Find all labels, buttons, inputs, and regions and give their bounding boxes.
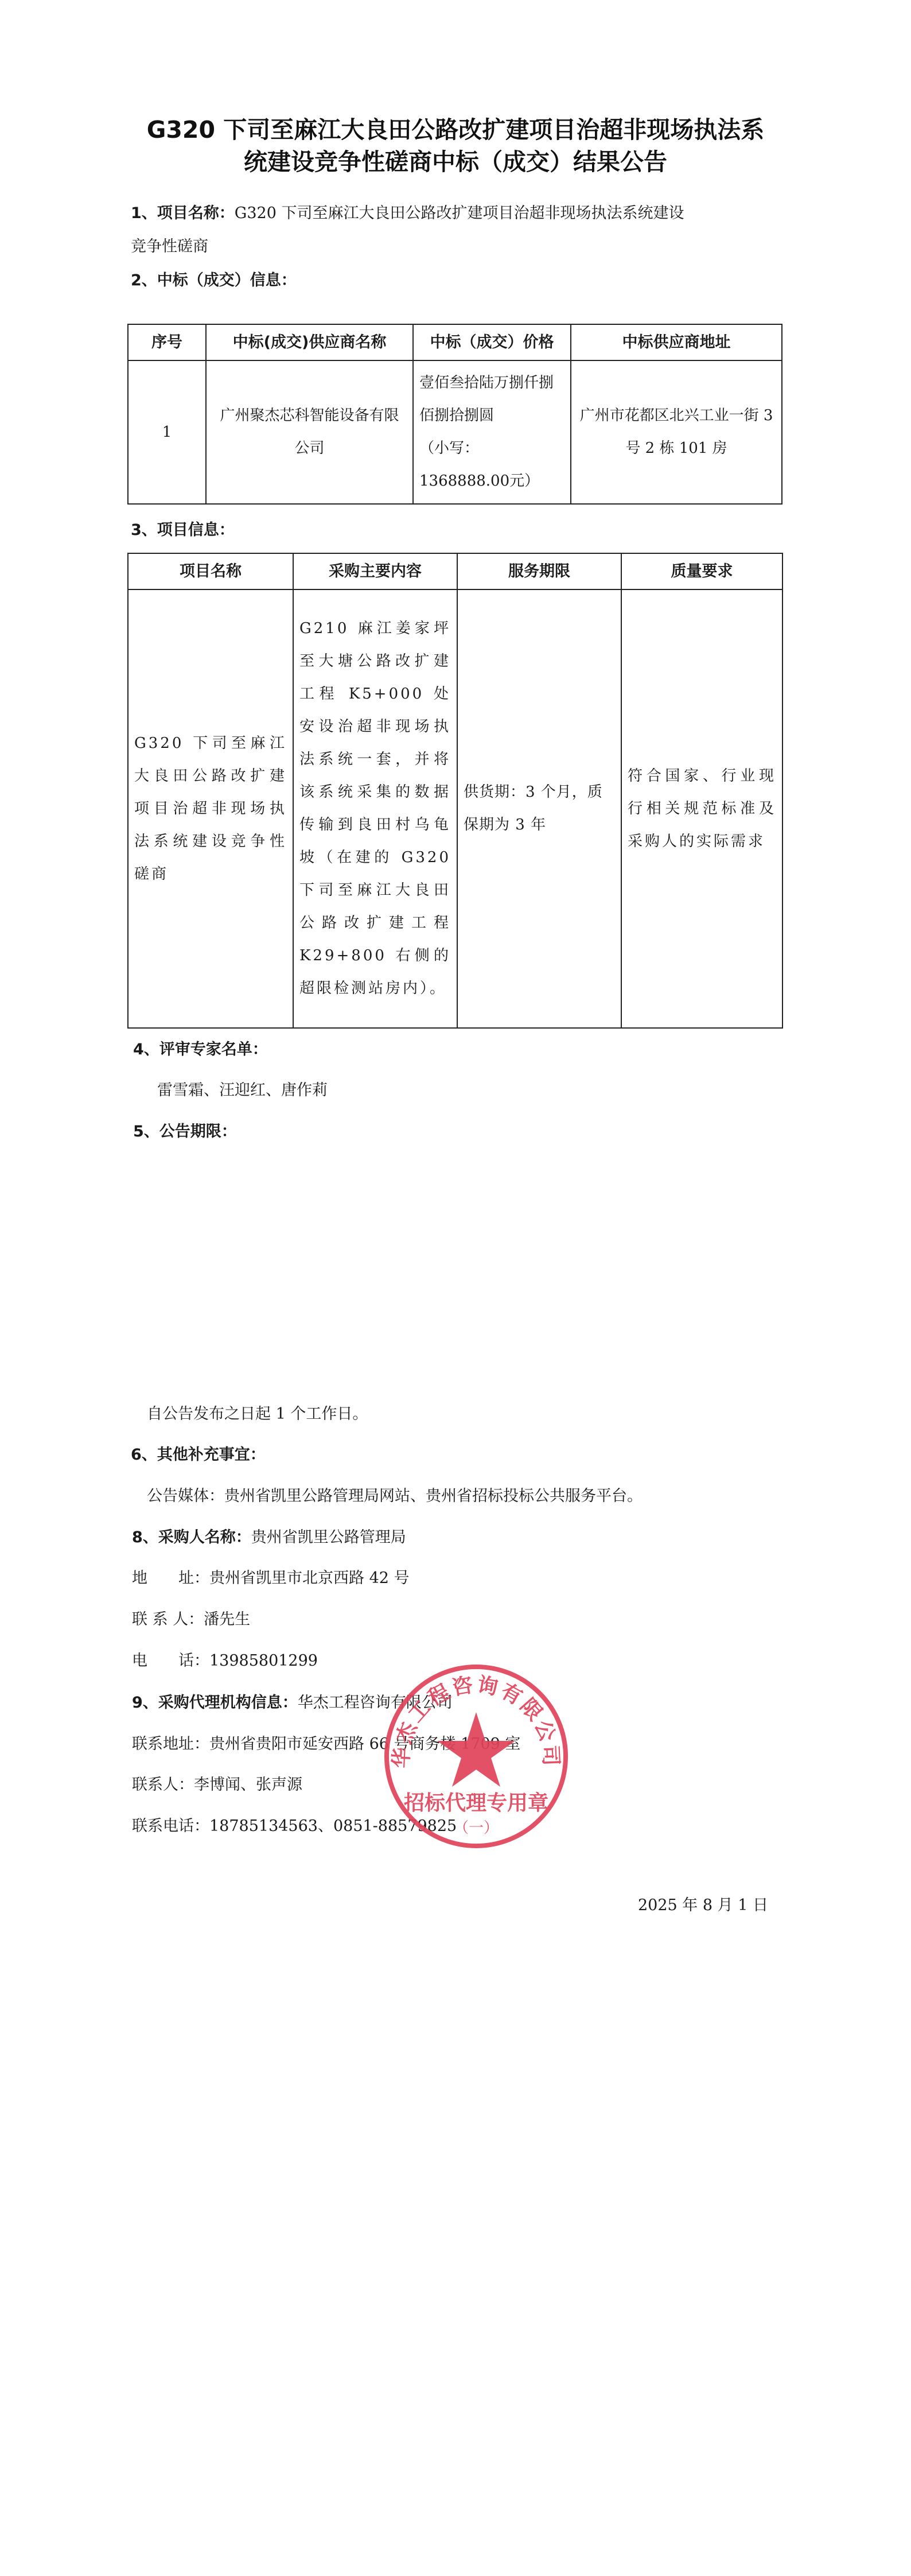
company-seal-stamp: 华杰工程咨询有限公司 招标代理专用章 （一）	[381, 1662, 571, 1851]
agency-contact-line: 联系人：李博闻、张声源	[132, 1775, 302, 1795]
project-info-table: 项目名称 采购主要内容 服务期限 质量要求 G320 下司至麻江大良田公路改扩建…	[127, 553, 783, 1029]
cell-quality: 符合国家、行业现行相关规范标准及采购人的实际需求	[621, 589, 782, 1028]
agency-contact: 李博闻、张声源	[194, 1776, 302, 1794]
section-6-label: 6、其他补充事宜：	[131, 1445, 266, 1465]
table-header-row: 项目名称 采购主要内容 服务期限 质量要求	[128, 553, 782, 589]
award-info-table: 序号 中标(成交)供应商名称 中标（成交）价格 中标供应商地址 1 广州聚杰芯科…	[127, 324, 782, 505]
expert-list: 雷雪霜、汪迎红、唐作莉	[157, 1081, 328, 1100]
section-4-label: 4、评审专家名单：	[133, 1040, 268, 1060]
seal-sub-text: （一）	[454, 1820, 499, 1837]
purchaser-address-label: 地 址：	[132, 1569, 209, 1587]
header-content: 采购主要内容	[293, 553, 457, 589]
announcement-media: 公告媒体：贵州省凯里公路管理局网站、贵州省招标投标公共服务平台。	[147, 1487, 643, 1506]
cell-index: 1	[128, 360, 206, 504]
purchaser-contact-line: 联 系 人：潘先生	[132, 1610, 250, 1630]
header-address: 中标供应商地址	[571, 324, 782, 360]
purchaser-address-line: 地 址：贵州省凯里市北京西路 42 号	[132, 1569, 410, 1588]
cell-project-name: G320 下司至麻江大良田公路改扩建项目治超非现场执法系统建设竞争性磋商	[128, 589, 293, 1028]
header-project-name: 项目名称	[128, 553, 293, 589]
purchaser-name: 贵州省凯里公路管理局	[251, 1528, 406, 1546]
project-name-value: G320 下司至麻江大良田公路改扩建项目治超非现场执法系统建设	[235, 204, 684, 222]
price-upper: 壹佰叁拾陆万捌仟捌佰捌拾捌圆	[419, 367, 564, 432]
purchaser-phone-line: 电 话：13985801299	[132, 1651, 318, 1671]
section-8-purchaser: 8、采购人名称：贵州省凯里公路管理局	[132, 1528, 406, 1547]
agency-address-label: 联系地址：	[132, 1735, 209, 1753]
section-2-label: 2、中标（成交）信息：	[131, 271, 297, 290]
table-row: G320 下司至麻江大良田公路改扩建项目治超非现场执法系统建设竞争性磋商 G21…	[128, 589, 782, 1028]
price-lower: （小写：1368888.00元）	[419, 432, 564, 498]
agency-phone-label: 联系电话：	[132, 1817, 209, 1835]
section-8-label: 8、采购人名称：	[132, 1528, 251, 1546]
cell-supplier: 广州聚杰芯科智能设备有限公司	[206, 360, 413, 504]
section-9-label: 9、采购代理机构信息：	[132, 1694, 298, 1712]
title-line-1: G320 下司至麻江大良田公路改扩建项目治超非现场执法系	[92, 114, 819, 146]
page-title: G320 下司至麻江大良田公路改扩建项目治超非现场执法系 统建设竞争性磋商中标（…	[92, 114, 819, 178]
table-row: 1 广州聚杰芯科智能设备有限公司 壹佰叁拾陆万捌仟捌佰捌拾捌圆 （小写：1368…	[128, 360, 782, 504]
section-1-project-name: 1、项目名称：G320 下司至麻江大良田公路改扩建项目治超非现场执法系统建设	[131, 204, 684, 223]
agency-contact-label: 联系人：	[132, 1776, 194, 1794]
title-line-2: 统建设竞争性磋商中标（成交）结果公告	[92, 146, 819, 178]
table-header-row: 序号 中标(成交)供应商名称 中标（成交）价格 中标供应商地址	[128, 324, 782, 360]
purchaser-address: 贵州省凯里市北京西路 42 号	[209, 1569, 410, 1587]
section-3-label: 3、项目信息：	[131, 521, 235, 540]
purchaser-contact-label: 联 系 人：	[132, 1611, 204, 1628]
star-icon	[437, 1712, 515, 1787]
header-service-period: 服务期限	[457, 553, 621, 589]
seal-center-text: 招标代理专用章	[404, 1791, 548, 1815]
purchaser-contact: 潘先生	[204, 1611, 250, 1628]
project-name-continued: 竞争性磋商	[131, 237, 208, 257]
cell-price: 壹佰叁拾陆万捌仟捌佰捌拾捌圆 （小写：1368888.00元）	[413, 360, 571, 504]
section-1-label: 1、项目名称：	[131, 204, 235, 222]
section-5-label: 5、公告期限：	[133, 1122, 237, 1142]
cell-service-period: 供货期：3 个月，质保期为 3 年	[457, 589, 621, 1028]
cell-address: 广州市花都区北兴工业一街 3 号 2 栋 101 房	[571, 360, 782, 504]
header-index: 序号	[128, 324, 206, 360]
header-supplier: 中标(成交)供应商名称	[206, 324, 413, 360]
cell-content: G210 麻江姜家坪至大塘公路改扩建工程 K5+000 处安设治超非现场执法系统…	[293, 589, 457, 1028]
announcement-period: 自公告发布之日起 1 个工作日。	[147, 1405, 368, 1424]
header-quality: 质量要求	[621, 553, 782, 589]
purchaser-phone: 13985801299	[209, 1652, 318, 1670]
purchaser-phone-label: 电 话：	[132, 1652, 209, 1670]
announcement-date: 2025 年 8 月 1 日	[638, 1896, 768, 1915]
header-price: 中标（成交）价格	[413, 324, 571, 360]
